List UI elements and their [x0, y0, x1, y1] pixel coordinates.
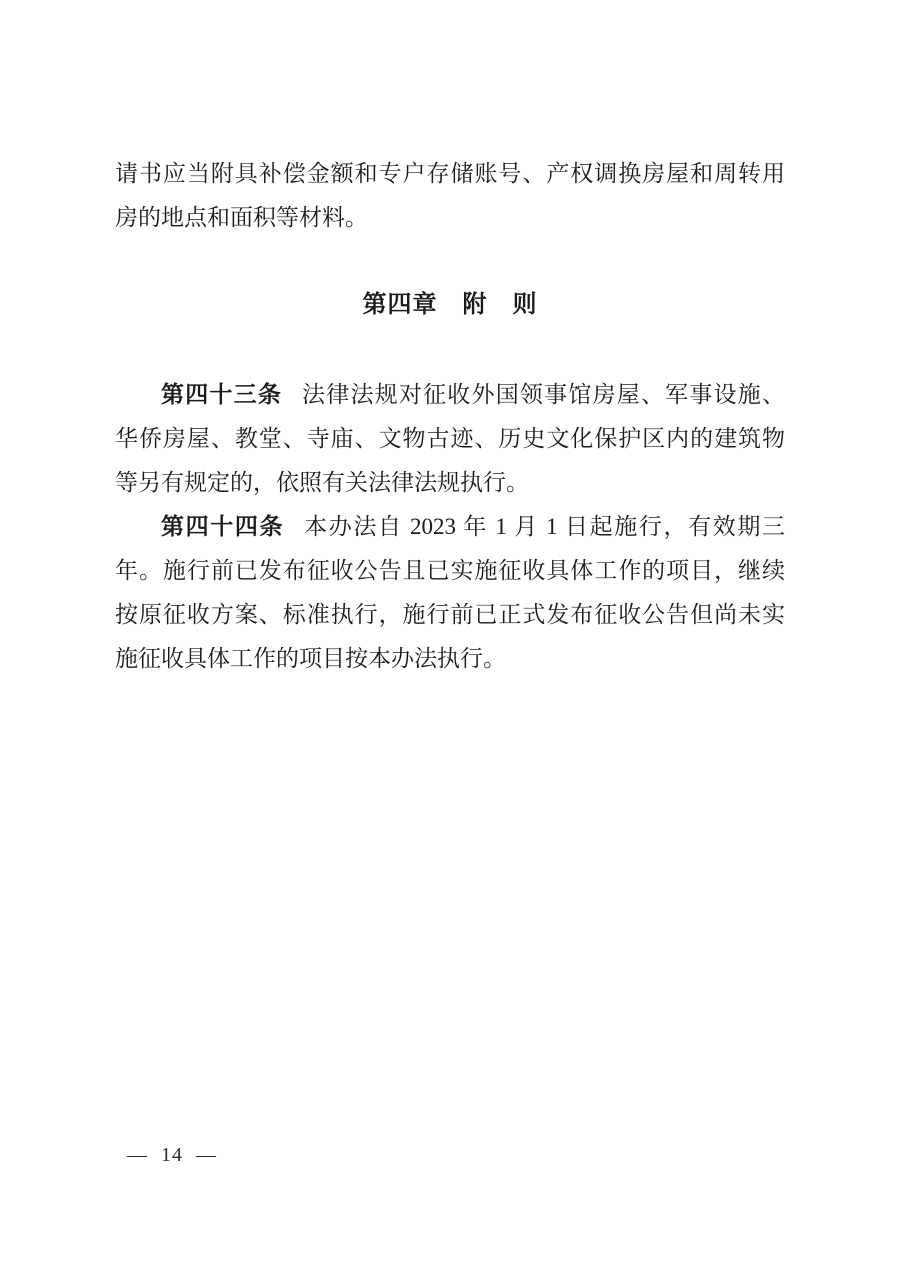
article-44-text: 本办法自 2023 年 1 月 1 日起施行，有效期三	[304, 514, 785, 539]
article-44-number: 第四十四条	[161, 514, 284, 539]
document-page: 请书应当附具补偿金额和专户存储账号、产权调换房屋和周转用 房的地点和面积等材料。…	[0, 0, 900, 1272]
text-line: 第四十四条本办法自 2023 年 1 月 1 日起施行，有效期三	[115, 505, 785, 549]
document-body: 请书应当附具补偿金额和专户存储账号、产权调换房屋和周转用 房的地点和面积等材料。…	[115, 152, 785, 681]
text-line: 等另有规定的，依照有关法律法规执行。	[115, 461, 785, 505]
text-line: 施征收具体工作的项目按本办法执行。	[115, 637, 785, 681]
article-43-text: 法律法规对征收外国领事馆房屋、军事设施、	[302, 382, 785, 407]
chapter-heading: 第四章 附 则	[115, 283, 785, 327]
continuation-paragraph: 请书应当附具补偿金额和专户存储账号、产权调换房屋和周转用 房的地点和面积等材料。	[115, 152, 785, 240]
text-line: 按原征收方案、标准执行，施行前已正式发布征收公告但尚未实	[115, 593, 785, 637]
article-43-paragraph: 第四十三条法律法规对征收外国领事馆房屋、军事设施、 华侨房屋、教堂、寺庙、文物古…	[115, 373, 785, 505]
text-line: 请书应当附具补偿金额和专户存储账号、产权调换房屋和周转用	[115, 152, 785, 196]
text-line: 第四十三条法律法规对征收外国领事馆房屋、军事设施、	[115, 373, 785, 417]
article-43-number: 第四十三条	[161, 382, 282, 407]
page-number: — 14 —	[127, 1144, 217, 1166]
article-44-paragraph: 第四十四条本办法自 2023 年 1 月 1 日起施行，有效期三 年。施行前已发…	[115, 505, 785, 681]
text-line: 年。施行前已发布征收公告且已实施征收具体工作的项目，继续	[115, 549, 785, 593]
page-footer: — 14 —	[127, 1143, 217, 1167]
text-line: 房的地点和面积等材料。	[115, 196, 785, 240]
text-line: 华侨房屋、教堂、寺庙、文物古迹、历史文化保护区内的建筑物	[115, 417, 785, 461]
